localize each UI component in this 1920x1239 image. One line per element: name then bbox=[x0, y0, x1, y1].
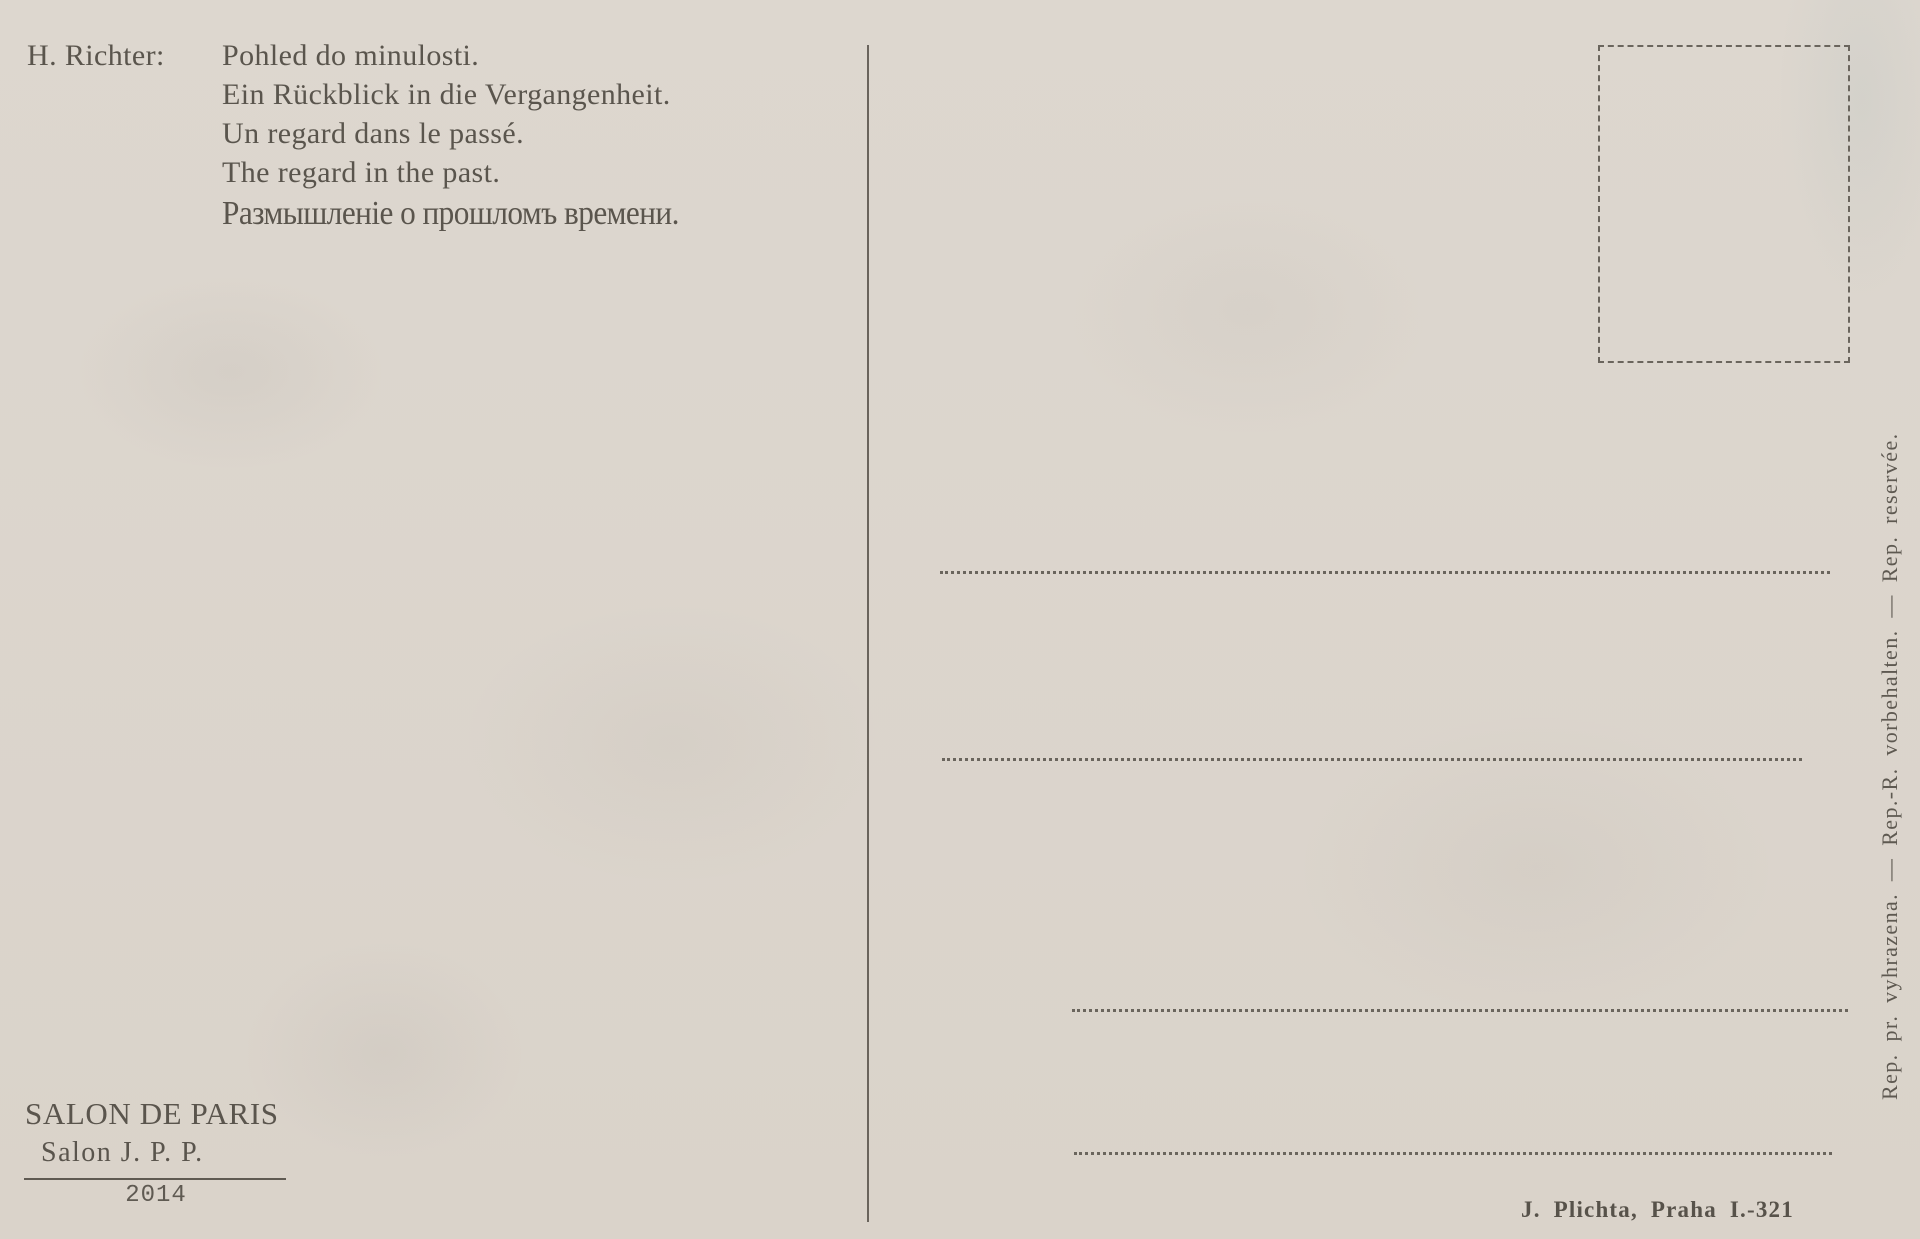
stamp-box bbox=[1598, 45, 1850, 363]
address-line-2 bbox=[942, 758, 1802, 761]
catalog-number: 2014 bbox=[24, 1182, 286, 1210]
address-line-4 bbox=[1074, 1152, 1832, 1155]
artist-name: H. Richter: bbox=[27, 36, 165, 75]
salon-title: SALON DE PARIS bbox=[25, 1096, 286, 1132]
publisher-imprint: J. Plichta, Praha I.-321 bbox=[1521, 1197, 1794, 1223]
title-french: Un regard dans le passé. bbox=[222, 114, 719, 153]
title-english: The regard in the past. bbox=[222, 153, 719, 192]
salon-rule bbox=[24, 1178, 286, 1180]
title-russian: Размышленiе о прошломъ времени. bbox=[222, 194, 679, 233]
title-german: Ein Rückblick in die Vergangenheit. bbox=[222, 75, 719, 114]
salon-subtitle: Salon J. P. P. bbox=[41, 1136, 286, 1170]
salon-block: SALON DE PARIS Salon J. P. P. 2014 bbox=[24, 1096, 286, 1210]
address-line-3 bbox=[1072, 1009, 1848, 1012]
address-line-1 bbox=[940, 571, 1830, 574]
rights-notice: Rep. pr. vyhrazena. — Rep.-R. vorbehalte… bbox=[1877, 233, 1903, 1100]
title-czech: Pohled do minulosti. bbox=[222, 36, 719, 75]
artwork-titles: Pohled do minulosti. Ein Rückblick in di… bbox=[222, 36, 719, 233]
center-divider bbox=[867, 45, 869, 1222]
